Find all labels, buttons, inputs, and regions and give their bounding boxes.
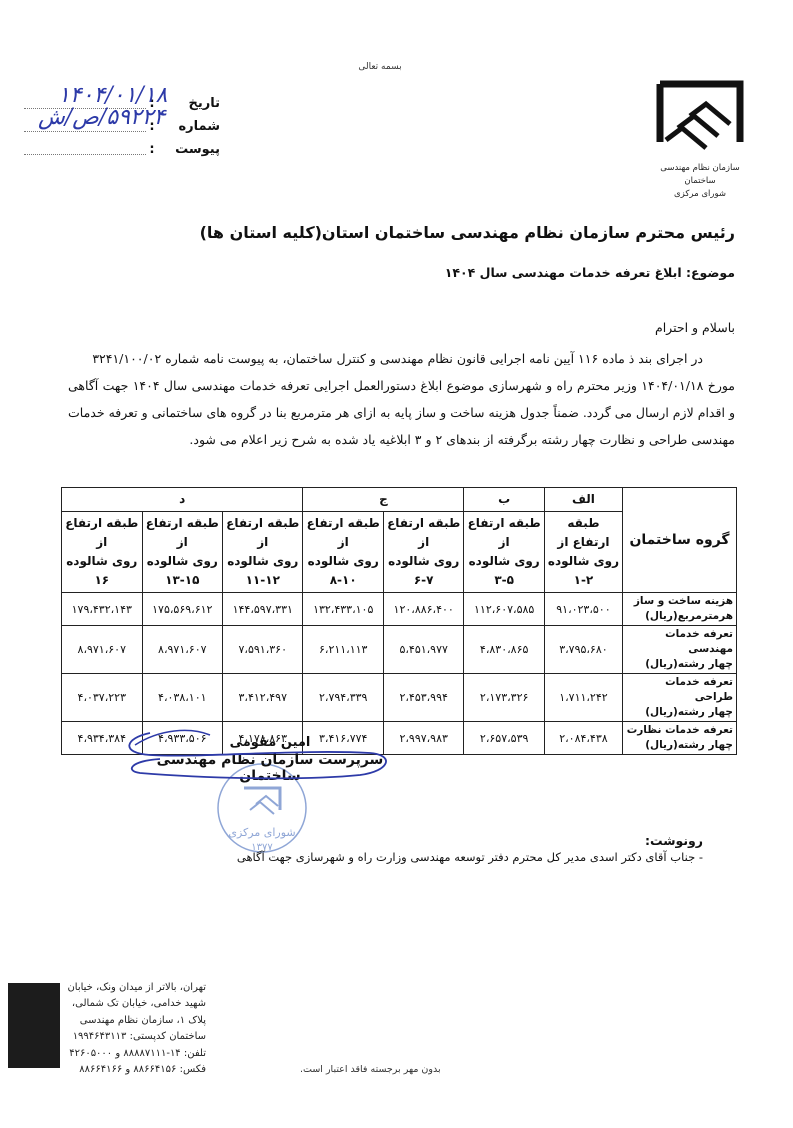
column-header: طبقه ارتفاع ازروی شالوده۱۶ — [62, 512, 143, 593]
attachment-dotted-line — [24, 154, 146, 155]
group-header-row: گروه ساختمان الف ب ج د — [62, 488, 737, 512]
logo-line2: شورای مرکزی — [650, 188, 750, 201]
table-cell: ۲،۰۸۴،۴۳۸ — [544, 722, 622, 755]
column-header: طبقه ارتفاع ازروی شالوده۸-۱۰ — [303, 512, 383, 593]
letter-body: در اجرای بند ذ ماده ۱۱۶ آیین نامه اجرایی… — [68, 345, 735, 453]
table-cell: ۳،۴۱۲،۴۹۷ — [223, 674, 303, 722]
group-be: ب — [464, 488, 544, 512]
signature-block: امین مقومی سرپرست سازمان نظام مهندسی ساخ… — [140, 735, 400, 784]
stamp-text: شورای مرکزی — [228, 826, 295, 839]
group-jim: ج — [303, 488, 464, 512]
table-cell: ۴،۰۳۷،۲۲۳ — [62, 674, 143, 722]
table-cell: ۱،۷۱۱،۲۴۲ — [544, 674, 622, 722]
group-dal: د — [62, 488, 303, 512]
meta-number: شماره : ۵۹۲۲۴/ص/ش — [20, 115, 220, 138]
cc-item: - جناب آقای دکتر اسدی مدیر کل محترم دفتر… — [237, 850, 703, 864]
footer-barcode-block — [8, 983, 60, 1068]
footer-address: تهران، بالاتر از میدان ونک، خیابان شهید … — [66, 980, 206, 1078]
table-cell: ۲،۷۹۴،۳۳۹ — [303, 674, 383, 722]
table-row: تعرفه خدمات مهندسیچهار رشته(ریال) ۳،۷۹۵،… — [62, 626, 737, 674]
group-alef: الف — [544, 488, 622, 512]
column-header: طبقه ارتفاع ازروی شالوده۶-۷ — [383, 512, 463, 593]
column-header: طبقه ارتفاع ازروی شالوده۱۱-۱۲ — [223, 512, 303, 593]
table-cell: ۲،۶۵۷،۵۳۹ — [464, 722, 544, 755]
table-row: تعرفه خدمات طراحیچهار رشته(ریال) ۱،۷۱۱،۲… — [62, 674, 737, 722]
table-row: هزینه ساخت و سازهرمترمربع(ریال) ۹۱،۰۲۳،۵… — [62, 593, 737, 626]
logo-line1: سازمان نظام مهندسی ساختمان — [650, 162, 750, 188]
body-continuation: مورخ ۱۴۰۴/۰۱/۱۸ وزیر محترم راه و شهرسازی… — [68, 378, 735, 447]
organization-logo: سازمان نظام مهندسی ساختمان شورای مرکزی — [650, 80, 750, 201]
table-cell: ۳،۷۹۵،۶۸۰ — [544, 626, 622, 674]
column-header: طبقه ارتفاع ازروی شالوده۱۳-۱۵ — [142, 512, 222, 593]
number-label: شماره — [158, 119, 220, 134]
table-cell: ۸،۹۷۱،۶۰۷ — [142, 626, 222, 674]
basmala: بسمه تعالی — [340, 62, 420, 72]
table-cell: ۸،۹۷۱،۶۰۷ — [62, 626, 143, 674]
footer-validity-note: بدون مهر برجسته فاقد اعتبار است. — [300, 1064, 441, 1075]
greeting: باسلام و احترام — [655, 320, 735, 335]
subject-line: موضوع: ابلاغ تعرفه خدمات مهندسی سال ۱۴۰۴ — [445, 265, 735, 280]
cc-heading: رونوشت: — [645, 833, 703, 848]
table-cell: ۱۴۴،۵۹۷،۳۳۱ — [223, 593, 303, 626]
table-cell: ۷،۵۹۱،۳۶۰ — [223, 626, 303, 674]
table-cell: ۱۷۹،۴۳۲،۱۴۳ — [62, 593, 143, 626]
row-label: تعرفه خدمات مهندسیچهار رشته(ریال) — [623, 626, 737, 674]
column-header: طبقه ارتفاع ازروی شالوده۳-۵ — [464, 512, 544, 593]
recipient-heading: رئیس محترم سازمان نظام مهندسی ساختمان اس… — [200, 223, 735, 242]
table-cell: ۴،۸۳۰،۸۶۵ — [464, 626, 544, 674]
row-label: تعرفه خدمات نظارتچهار رشته(ریال) — [623, 722, 737, 755]
signature-scrawl-icon — [120, 723, 400, 793]
table-cell: ۹۱،۰۲۳،۵۰۰ — [544, 593, 622, 626]
attachment-label: پیوست — [158, 142, 220, 157]
building-logo-icon — [656, 80, 744, 160]
letter-meta: تاریخ : ۱۴۰۴/۰۱/۱۸ شماره : ۵۹۲۲۴/ص/ش پیو… — [20, 92, 220, 161]
table-cell: ۵،۴۵۱،۹۷۷ — [383, 626, 463, 674]
table-cell: ۲،۱۷۳،۳۲۶ — [464, 674, 544, 722]
row-label: هزینه ساخت و سازهرمترمربع(ریال) — [623, 593, 737, 626]
table-cell: ۲،۴۵۳،۹۹۴ — [383, 674, 463, 722]
tariff-table: گروه ساختمان الف ب ج د طبقه ارتفاع ازروی… — [61, 487, 737, 755]
table-cell: ۱۳۲،۴۳۳،۱۰۵ — [303, 593, 383, 626]
number-dotted-line — [24, 131, 146, 132]
table-cell: ۱۱۲،۶۰۷،۵۸۵ — [464, 593, 544, 626]
meta-attachment: پیوست : — [20, 138, 220, 161]
number-handwritten: ۵۹۲۲۴/ص/ش — [38, 105, 165, 130]
row-label: تعرفه خدمات طراحیچهار رشته(ریال) — [623, 674, 737, 722]
table-cell: ۴،۰۳۸،۱۰۱ — [142, 674, 222, 722]
building-group-header: گروه ساختمان — [623, 488, 737, 593]
table-cell: ۶،۲۱۱،۱۱۳ — [303, 626, 383, 674]
table-cell: ۱۲۰،۸۸۶،۴۰۰ — [383, 593, 463, 626]
table-cell: ۱۷۵،۵۶۹،۶۱۲ — [142, 593, 222, 626]
column-header: طبقه ارتفاع ازروی شالوده۱-۲ — [544, 512, 622, 593]
logo-caption: سازمان نظام مهندسی ساختمان شورای مرکزی — [650, 162, 750, 201]
body-first-line: در اجرای بند ذ ماده ۱۱۶ آیین نامه اجرایی… — [68, 345, 735, 372]
